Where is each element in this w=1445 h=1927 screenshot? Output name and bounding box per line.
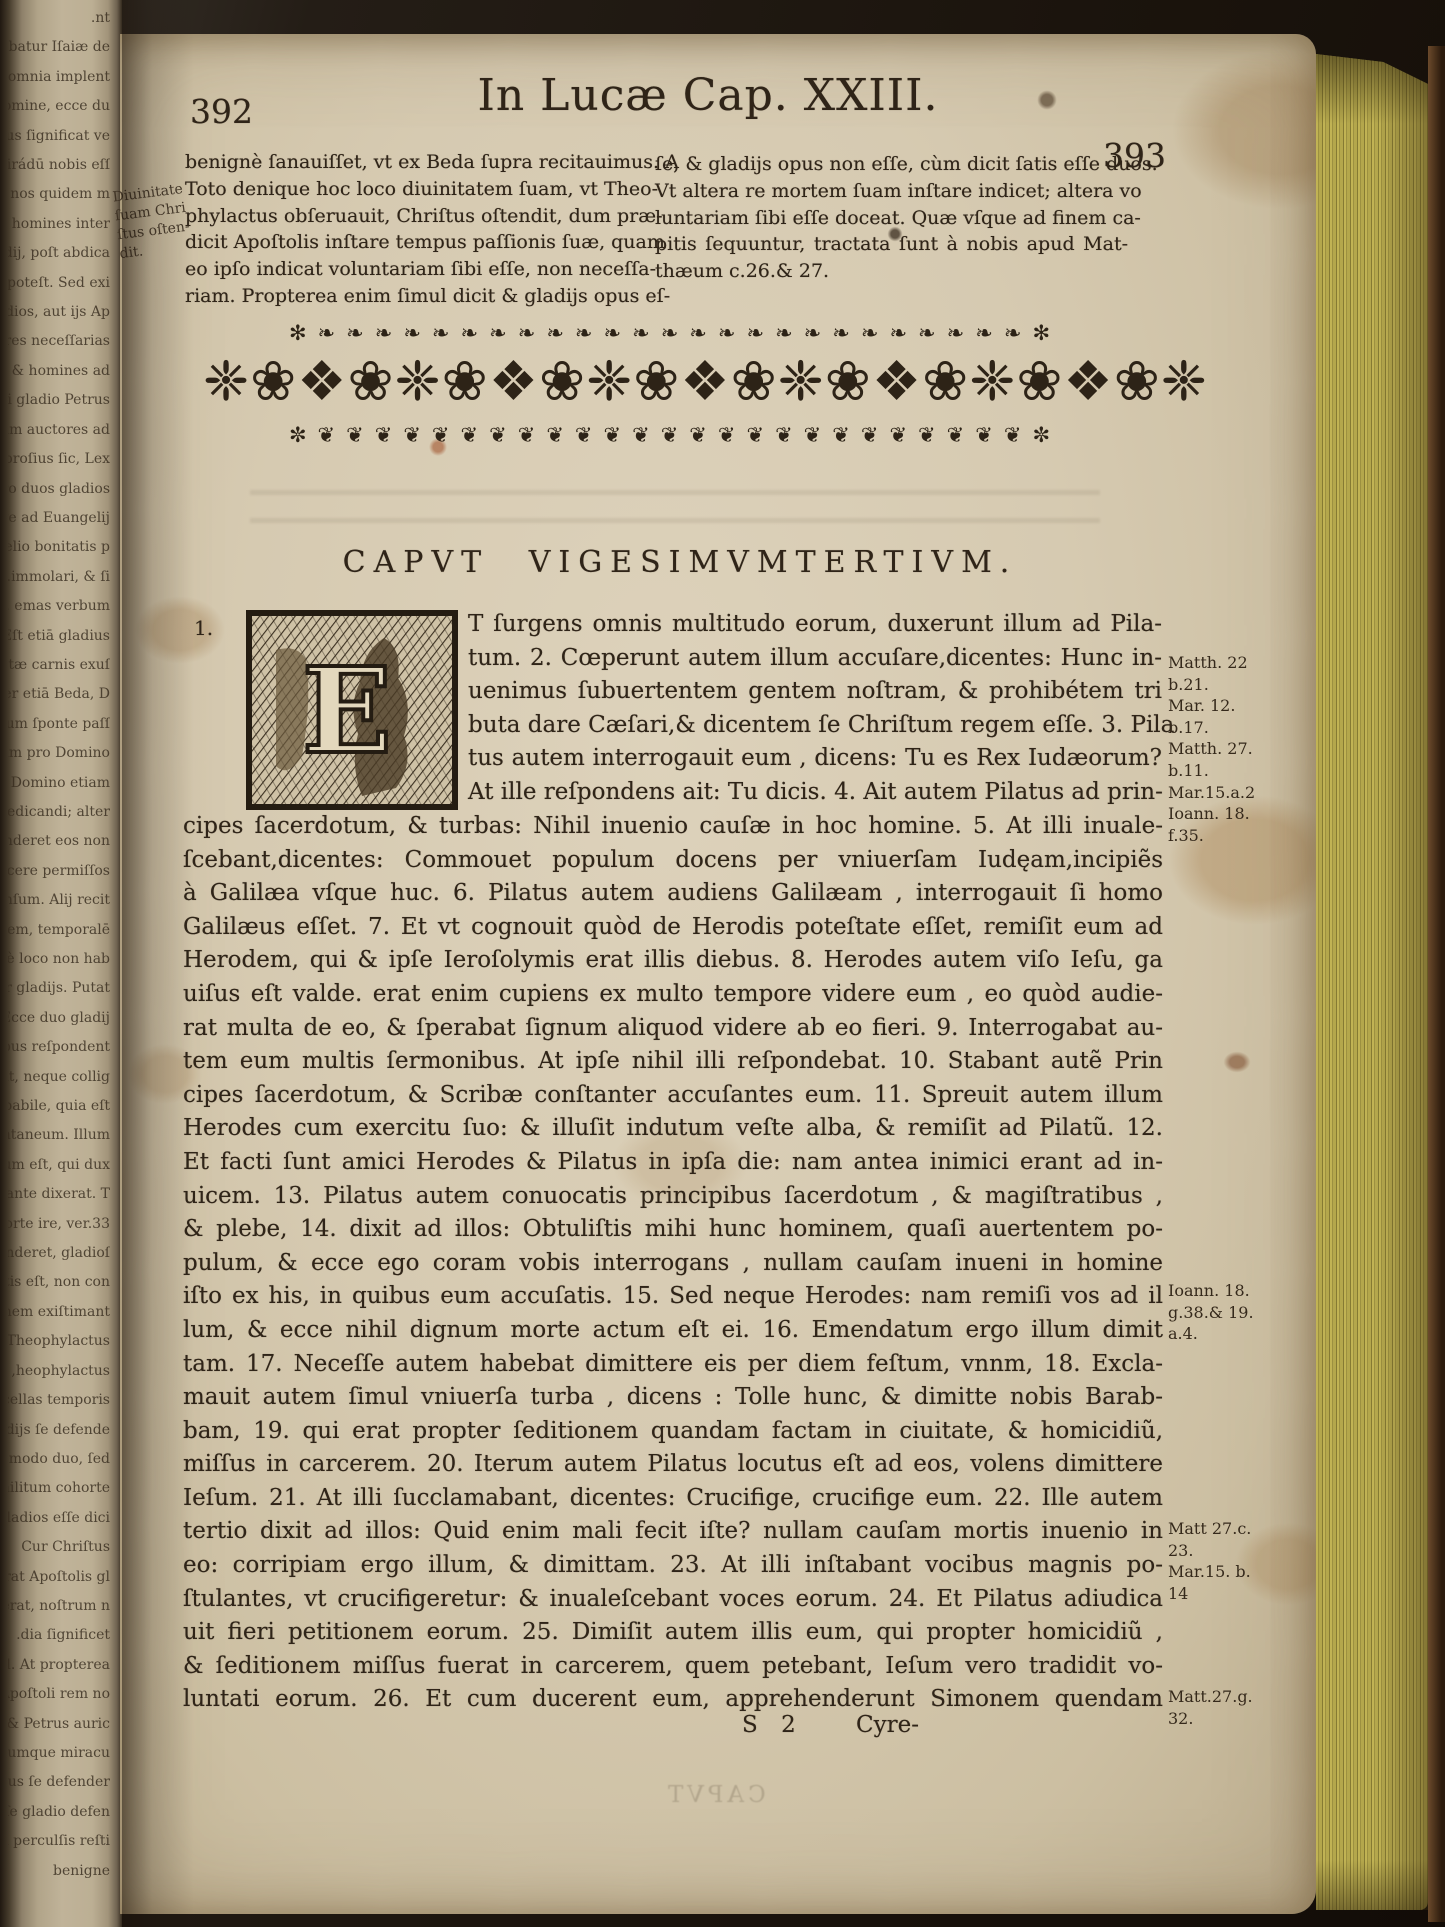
text-line: olatæ carnis exuſ	[8, 651, 110, 680]
text-line: e facere permiſſos	[8, 857, 110, 886]
verse-number-margin: 1.	[194, 616, 213, 640]
text-line: nt.	[8, 4, 110, 33]
text-line: benigne	[8, 1857, 110, 1886]
text-line: dicit Apoſtolis inſtare tempus paſſionis…	[185, 229, 643, 256]
margin-note-right-3: Matt 27.c.23.Mar.15. b.14	[1168, 1518, 1292, 1604]
text-line: nium, emas verbum	[8, 592, 110, 621]
text-line: lum, & ecce nihil dignum morte actum eſt…	[183, 1314, 1163, 1348]
text-line: à Galilæa vſque huc. 6. Pilatus autem au…	[183, 877, 1163, 911]
text-line: tem eum multis ſermonibus. At ipſe nihil…	[183, 1045, 1163, 1079]
text-line: das res neceſſarias	[8, 327, 110, 356]
previous-page-edge: nt.debatur Iſaiæ dea omnia implentDomine…	[0, 0, 122, 1927]
page-number-left: 392	[190, 92, 253, 131]
text-line: nem exiſtimant	[8, 1298, 110, 1327]
intro-right-column: ſe, & gladijs opus non eſſe, cùm dicit ſ…	[655, 151, 1128, 285]
text-line: b.17.	[1168, 717, 1292, 739]
text-line: heophylactus, &	[8, 1357, 110, 1386]
text-line: los homines inter	[8, 210, 110, 239]
text-line: gelio bonitatis p	[8, 533, 110, 562]
show-through-texture	[250, 468, 1100, 532]
text-line: gladios, aut ijs Ap	[8, 298, 110, 327]
margin-note-left: Diuinitateſuam Chriſtus oſten-dit.	[112, 180, 193, 264]
ornament-row-middle: ❈❀❖❀❈❀❖❀❈❀❖❀❈❀❖❀❈❀❖❀❈	[203, 348, 1147, 414]
text-line: a militum cohorte	[8, 1474, 110, 1503]
text-line: mirádū nobis eſſ	[8, 151, 110, 180]
ornament-row-top: ✻❧❧❧❧❧❧❧❧❧❧❧❧❧❧❧❧❧❧❧❧❧❧❧❧❧✻	[203, 320, 1147, 346]
text-line: on modo duo, ſed	[8, 1445, 110, 1474]
text-line: locumque miracu	[8, 1739, 110, 1768]
text-line: T ſurgens omnis multitudo eorum, duxerun…	[468, 608, 1162, 642]
text-line: t, & Petrus auric	[8, 1710, 110, 1739]
text-line: Matt 27.c.	[1168, 1518, 1292, 1540]
text-line: rat multa de eo, & ſperabat ſignum aliqu…	[183, 1012, 1163, 1046]
text-line: num eſt, qui dux	[8, 1151, 110, 1180]
text-line: t. Ecce duo gladij	[8, 1004, 110, 1033]
signature-mark: S 2	[742, 1712, 804, 1738]
text-line: mauit autem ſimul vniuerſa turba , dicen…	[183, 1381, 1163, 1415]
text-line: Mar.15. b.	[1168, 1561, 1292, 1583]
book-cover-edge	[1428, 46, 1445, 1922]
text-line: ſcebant,dicentes: Commouet populum docen…	[183, 844, 1163, 878]
text-line: e Theophylactus	[8, 1327, 110, 1356]
text-line: Ioann. 18.	[1168, 803, 1292, 825]
margin-note-right-4: Matt.27.g.32.	[1168, 1686, 1292, 1729]
book-photograph: nt.debatur Iſaiæ dea omnia implentDomine…	[0, 0, 1445, 1927]
text-line: luntati eorum. 26. Et cum ducerent eum, …	[183, 1683, 1163, 1717]
text-line: ll. At propterea	[8, 1651, 110, 1680]
text-line: a omnia implent	[8, 63, 110, 92]
text-line: o ante dixerat. T	[8, 1180, 110, 1209]
text-line: uit fieri petitionem eorum. 25. Dimiſit …	[183, 1616, 1163, 1650]
text-line: iter etiā Beda, D	[8, 680, 110, 709]
text-line: uiſus eſt valde. erat enim cupiens ex mu…	[183, 978, 1163, 1012]
text-line: ſenſum. Alij recit	[8, 886, 110, 915]
text-line: Mar. 12.	[1168, 695, 1292, 717]
text-line: tertio dixit ad illos: Quid enim mali fe…	[183, 1515, 1163, 1549]
text-line: Herodem, qui & ipſe Ieroſolymis erat ill…	[183, 944, 1163, 978]
woodcut-initial: E	[246, 610, 458, 810]
text-line: nij, & homines ad	[8, 357, 110, 386]
text-line: ertè loco non hab	[8, 945, 110, 974]
text-line: f.35.	[1168, 825, 1292, 847]
text-line: immolari, & ſi.	[8, 563, 110, 592]
text-line: 14	[1168, 1583, 1292, 1605]
text-line: Galilæus eſſet. 7. Et vt cognouit quòd d…	[183, 911, 1163, 945]
running-title: In Lucæ Cap. XXIII.	[468, 70, 948, 121]
text-line: ſe gladio defen	[8, 1798, 110, 1827]
text-line: b.21.	[1168, 674, 1292, 696]
text-line: ſtulantes, vt crucifigeretur: & inualeſc…	[183, 1583, 1163, 1617]
text-line: Toto denique hoc loco diuinitatem ſuam, …	[185, 176, 643, 203]
text-line: a.4.	[1168, 1323, 1292, 1345]
text-line: ve ad Euangelij	[8, 504, 110, 533]
text-line: a Domino etiam	[8, 769, 110, 798]
text-line: & plebe, 14. dixit ad illos: Obtuliſtis …	[183, 1213, 1163, 1247]
text-line: bam, 19. qui erat propter ſeditionem qua…	[183, 1415, 1163, 1449]
text-line: gladios eſſe dici.	[8, 1504, 110, 1533]
text-line: Satis eſt, non con	[8, 1268, 110, 1297]
text-line: g.38.& 19.	[1168, 1302, 1292, 1324]
text-line: adijs ſe defende	[8, 1416, 110, 1445]
text-line: 32.	[1168, 1708, 1292, 1730]
text-line: Cur Chriſtus	[8, 1533, 110, 1562]
text-line: Ieſum. 21. At illi ſucclamabant, dicente…	[183, 1482, 1163, 1516]
text-line: iſto ex his, in quibus eum accuſatis. 15…	[183, 1280, 1163, 1314]
text-line: dicit, neque collig	[8, 1063, 110, 1092]
text-line: laciam pro Domino	[8, 739, 110, 768]
text-line: ri poteſt. Sed exi	[8, 269, 110, 298]
text-line: eo: corripiam ergo illum, & dimittam. 23…	[183, 1549, 1163, 1583]
text-line: Matth. 27.	[1168, 738, 1292, 760]
text-line: Et facti ſunt amici Herodes & Pilatus in…	[183, 1146, 1163, 1180]
text-line: riam. Propterea enim ſimul dicit & gladi…	[185, 283, 643, 310]
text-line: ualem, temporalē	[8, 916, 110, 945]
text-line: Domine, ecce du	[8, 92, 110, 121]
text-line: Vt altera re mortem ſuam inſtare indicet…	[655, 178, 1128, 205]
text-line: cipes ſacerdotum, & turbas: Nihil inueni…	[183, 810, 1163, 844]
text-line: miſſus in carcerem. 20. Iterum autem Pil…	[183, 1448, 1163, 1482]
margin-note-right-2: Ioann. 18.g.38.& 19.a.4.	[1168, 1280, 1292, 1345]
woodcut-initial-image: E	[246, 610, 458, 810]
text-line: te nos quidem m	[8, 180, 110, 209]
text-line: tam. 17. Neceſſe autem habebat dimittere…	[183, 1348, 1163, 1382]
text-line: Mar.15.a.2	[1168, 782, 1292, 804]
ornament-band: ✻❧❧❧❧❧❧❧❧❧❧❧❧❧❧❧❧❧❧❧❧❧❧❧❧❧✻ ❈❀❖❀❈❀❖❀❈❀❖❀…	[203, 320, 1147, 448]
margin-note-right-1: Matth. 22b.21.Mar. 12.b.17.Matth. 27.b.1…	[1168, 652, 1292, 846]
text-line: eo ipſo indicat voluntariam ſibi eſſe, n…	[185, 256, 643, 283]
intro-left-column: benignè ſanauiſſet, vt ex Beda ſupra rec…	[185, 149, 643, 310]
text-line: ſtenderet eos non	[8, 827, 110, 856]
initial-letter: E	[302, 641, 392, 780]
text-line: ſe, & gladijs opus non eſſe, cùm dicit ſ…	[655, 151, 1128, 178]
text-line: uenimus ſubuertentem gentem noſtram, & p…	[468, 675, 1162, 709]
text-line: m perculſis reſti	[8, 1827, 110, 1856]
text-line: pitis ſequuntur, tractata ſunt à nobis a…	[655, 231, 1128, 258]
text-line: ctus ſe defender	[8, 1768, 110, 1797]
text-line: defenderet, gladioſ	[8, 1239, 110, 1268]
text-line: nodi gladio Petrus	[8, 386, 110, 415]
text-line: tum. 2. Cœperunt autem illum accuſare,di…	[468, 642, 1162, 676]
text-line: Apoſtoli rem no	[8, 1680, 110, 1709]
text-line: cellas temporis	[8, 1386, 110, 1415]
text-line: obabile, quia eſt	[8, 1092, 110, 1121]
text-line: bus reſpondent.	[8, 1033, 110, 1062]
text-line: Herodes cum exercitu ſuo: & illuſit indu…	[183, 1112, 1163, 1146]
text-line: pulum, & ecce ego coram vobis interrogan…	[183, 1247, 1163, 1281]
text-line: Matt.27.g.	[1168, 1686, 1292, 1708]
text-line: benignè ſanauiſſet, vt ex Beda ſupra rec…	[185, 149, 643, 176]
text-line: ſtus ſignificat ve	[8, 122, 110, 151]
text-line: Matth. 22	[1168, 652, 1292, 674]
text-line: luntariam ſibi eſſe doceat. Quæ vſque ad…	[655, 205, 1128, 232]
text-line: rat Apoſtolis gl	[8, 1563, 110, 1592]
text-line: mbroſius ſic, Lex	[8, 445, 110, 474]
text-line: tro duos gladios	[8, 475, 110, 504]
text-line: xerat, noſtrum n	[8, 1592, 110, 1621]
previous-page-text: nt.debatur Iſaiæ dea omnia implentDomine…	[8, 4, 110, 1886]
text-line: e medicandi; alter	[8, 798, 110, 827]
text-line: cipes ſacerdotum, & Scribæ conſtanter ac…	[183, 1079, 1163, 1113]
text-line: 23.	[1168, 1540, 1292, 1562]
chapter-heading: CAPVT VIGESIMVMTERTIVM.	[300, 545, 1060, 580]
text-line: dia ſignificet.	[8, 1621, 110, 1650]
verse-text-full-width: cipes ſacerdotum, & turbas: Nihil inueni…	[183, 810, 1163, 1717]
text-line: uicem. 13. Pilatus autem conuocatis prin…	[183, 1180, 1163, 1214]
text-line: anum auctores ad	[8, 416, 110, 445]
text-line: in morte ire, ver.33	[8, 1210, 110, 1239]
text-line: & ſeditionem miſſus fuerat in carcerem, …	[183, 1650, 1163, 1684]
verse-text-beside-initial: T ſurgens omnis multitudo eorum, duxerun…	[468, 608, 1162, 810]
text-line: t. Eſt etiā gladius	[8, 622, 110, 651]
text-line: ladij, poſt abdica	[8, 239, 110, 268]
text-line: tus autem interrogauit eum , dicens: Tu …	[468, 742, 1162, 776]
catchword: Cyre-	[856, 1712, 919, 1738]
show-through-text: CAPVT	[664, 1782, 766, 1808]
text-line: phylactus obſeruauit, Chriſtus oſtendit,…	[185, 203, 643, 230]
text-line: nſentaneum. Illum	[8, 1121, 110, 1150]
text-line: Ioann. 18.	[1168, 1280, 1292, 1302]
text-line: At ille reſpondens ait: Tu dicis. 4. Ait…	[468, 776, 1162, 810]
text-line: itur gladijs. Putat	[8, 974, 110, 1003]
text-line: b.11.	[1168, 760, 1292, 782]
text-line: thæum c.26.& 27.	[655, 258, 1128, 285]
book-fore-edge	[1316, 54, 1428, 1910]
ornament-row-bottom: ✼❦❦❦❦❦❦❦❦❦❦❦❦❦❦❦❦❦❦❦❦❦❦❦❦❦✼	[203, 422, 1147, 448]
text-line: nonium ſponte paſſ	[8, 710, 110, 739]
text-line: buta dare Cæſari,& dicentem ſe Chriſtum …	[468, 709, 1162, 743]
text-line: debatur Iſaiæ de	[8, 33, 110, 62]
